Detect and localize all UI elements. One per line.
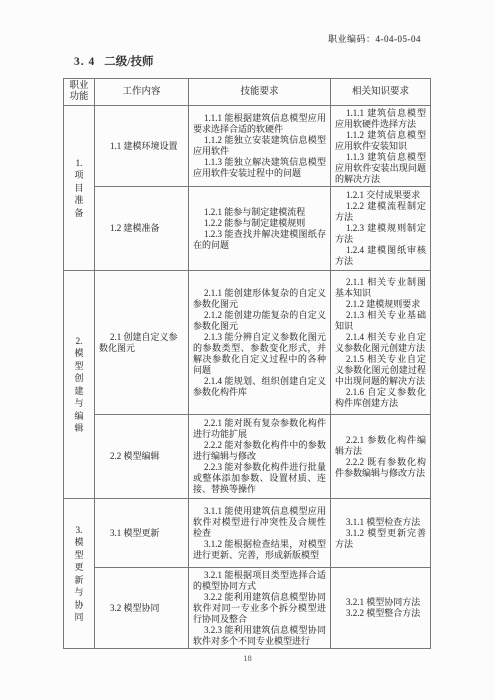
skill-item: 2.2.2 能对参数化构件中的参数进行编辑与修改 bbox=[193, 440, 326, 462]
knowledge-cell: 2.1.1 相关专业制图基本知识 2.1.2 建模规则要求 2.1.3 相关专业… bbox=[331, 271, 431, 415]
skill-item: 2.1.3 能分辨自定义参数化图元的参数类型、参数变化形式，并解决参数化自定义过… bbox=[193, 332, 326, 376]
skills-cell: 2.1.1 能创建形体复杂的自定义参数化图元 2.1.2 能创建功能复杂的自定义… bbox=[189, 271, 331, 415]
table-row: 2.模型创建与编辑 2.1 创建自定义参数化图元 2.1.1 能创建形体复杂的自… bbox=[64, 271, 431, 415]
skill-item: 1.2.2 能参与制定建模规则 bbox=[193, 218, 326, 229]
knowledge-item: 1.2.4 建模图纸审核方法 bbox=[335, 245, 426, 267]
skills-cell: 3.1.1 能使用建筑信息模型应用软件对模型进行冲突性及合规性检查 3.1.2 … bbox=[189, 499, 331, 568]
document-page: 职业编码：4-04-05-04 3. 4二级/技师 职业功能 工作内容 技能要求… bbox=[0, 0, 495, 700]
occupation-code: 职业编码：4-04-05-04 bbox=[328, 32, 421, 45]
function-label: 2.模型创建与编辑 bbox=[73, 335, 85, 435]
knowledge-item: 1.2.1 交付成果要求 bbox=[335, 190, 426, 201]
skills-cell: 3.2.1 能根据项目类型选择合适的模型协同方式 3.2.2 能利用建筑信息模型… bbox=[189, 568, 331, 649]
table-row: 2.2 模型编辑 2.2.1 能对既有复杂参数化构件进行功能扩展 2.2.2 能… bbox=[64, 415, 431, 499]
skill-item: 1.1.1 能根据建筑信息模型应用要求选择合适的软硬件 bbox=[193, 113, 326, 135]
header-occupation-function: 职业功能 bbox=[64, 79, 95, 106]
knowledge-item: 2.1.6 自定义参数化构件库创建方法 bbox=[335, 387, 426, 409]
work-content-cell: 3.1 模型更新 bbox=[95, 499, 189, 568]
knowledge-item: 1.1.1 建筑信息模型应用软硬件选择方法 bbox=[335, 108, 426, 130]
knowledge-item: 1.2.3 建模规则制定方法 bbox=[335, 223, 426, 245]
page-number: 18 bbox=[0, 653, 495, 663]
skill-item: 3.1.2 能根据检查结果，对模型进行更新、完善，形成新版模型 bbox=[193, 539, 326, 561]
knowledge-item: 1.2.2 建模流程制定方法 bbox=[335, 201, 426, 223]
work-content-cell: 2.2 模型编辑 bbox=[95, 415, 189, 499]
knowledge-item: 2.2.1 参数化构件编辑方法 bbox=[335, 435, 426, 457]
skill-item: 3.2.3 能利用建筑信息模型协同软件对多个不同专业模型进行 bbox=[193, 625, 326, 647]
header-work-content: 工作内容 bbox=[95, 79, 189, 106]
skill-item: 3.2.2 能利用建筑信息模型协同软件对同一专业多个拆分模型进行协同及整合 bbox=[193, 592, 326, 625]
function-label: 1.项目准备 bbox=[73, 157, 85, 220]
knowledge-item: 2.1.1 相关专业制图基本知识 bbox=[335, 277, 426, 299]
work-item: 3.1 模型更新 bbox=[99, 528, 184, 539]
knowledge-cell: 2.2.1 参数化构件编辑方法 2.2.2 既有参数化构件参数编辑与修改方法 bbox=[331, 415, 431, 499]
knowledge-item: 2.2.2 既有参数化构件参数编辑与修改方法 bbox=[335, 457, 426, 479]
table-row: 3.2 模型协同 3.2.1 能根据项目类型选择合适的模型协同方式 3.2.2 … bbox=[64, 568, 431, 649]
skill-item: 2.1.1 能创建形体复杂的自定义参数化图元 bbox=[193, 288, 326, 310]
function-label: 3.模型更新与协同 bbox=[73, 524, 85, 624]
skill-item: 2.1.2 能创建功能复杂的自定义参数化图元 bbox=[193, 310, 326, 332]
work-item: 3.2 模型协同 bbox=[99, 603, 184, 614]
section-title-text: 二级/技师 bbox=[104, 56, 153, 68]
header-knowledge-requirements: 相关知识要求 bbox=[331, 79, 431, 106]
knowledge-item: 3.2.1 模型协同方法 bbox=[335, 597, 426, 608]
table-row: 3.模型更新与协同 3.1 模型更新 3.1.1 能使用建筑信息模型应用软件对模… bbox=[64, 499, 431, 568]
knowledge-cell: 1.2.1 交付成果要求 1.2.2 建模流程制定方法 1.2.3 建模规则制定… bbox=[331, 187, 431, 271]
skill-requirements-table: 职业功能 工作内容 技能要求 相关知识要求 1.项目准备 1.1 建模环境设置 … bbox=[63, 78, 431, 649]
function-cell-1: 1.项目准备 bbox=[64, 106, 95, 271]
work-content-cell: 1.2 建模准备 bbox=[95, 187, 189, 271]
knowledge-item: 2.1.2 建模规则要求 bbox=[335, 299, 426, 310]
knowledge-item: 2.1.5 相关专业自定义参数化图元创建过程中出现问题的解决方法 bbox=[335, 354, 426, 387]
knowledge-item: 3.1.1 模型检查方法 bbox=[335, 517, 426, 528]
work-item: 2.2 模型编辑 bbox=[99, 451, 184, 462]
section-title: 3. 4二级/技师 bbox=[74, 53, 153, 69]
knowledge-item: 3.2.2 模型整合方法 bbox=[335, 608, 426, 619]
knowledge-item: 2.1.3 相关专业基础知识 bbox=[335, 310, 426, 332]
work-item: 1.1 建模环境设置 bbox=[99, 141, 184, 152]
skill-item: 3.1.1 能使用建筑信息模型应用软件对模型进行冲突性及合规性检查 bbox=[193, 506, 326, 539]
table-header-row: 职业功能 工作内容 技能要求 相关知识要求 bbox=[64, 79, 431, 106]
skill-item: 2.2.1 能对既有复杂参数化构件进行功能扩展 bbox=[193, 418, 326, 440]
section-number: 3. 4 bbox=[74, 56, 95, 68]
skill-item: 2.2.3 能对参数化构件进行批量或整体添加参数、设置材质、连接、替换等操作 bbox=[193, 462, 326, 495]
knowledge-cell: 3.1.1 模型检查方法 3.1.2 模型更新完善方法 bbox=[331, 499, 431, 568]
function-cell-3: 3.模型更新与协同 bbox=[64, 499, 95, 649]
work-content-cell: 1.1 建模环境设置 bbox=[95, 106, 189, 187]
work-item: 2.1 创建自定义参数化图元 bbox=[99, 332, 184, 354]
skills-cell: 2.2.1 能对既有复杂参数化构件进行功能扩展 2.2.2 能对参数化构件中的参… bbox=[189, 415, 331, 499]
skill-item: 2.1.4 能规划、组织创建自定义参数化构件库 bbox=[193, 376, 326, 398]
table-row: 1.项目准备 1.1 建模环境设置 1.1.1 能根据建筑信息模型应用要求选择合… bbox=[64, 106, 431, 187]
knowledge-item: 2.1.4 相关专业自定义参数化图元创建方法 bbox=[335, 332, 426, 354]
knowledge-item: 1.1.3 建筑信息模型应用软件安装出现问题的解决方法 bbox=[335, 152, 426, 185]
knowledge-item: 1.1.2 建筑信息模型应用软件安装知识 bbox=[335, 130, 426, 152]
knowledge-cell: 3.2.1 模型协同方法 3.2.2 模型整合方法 bbox=[331, 568, 431, 649]
work-item: 1.2 建模准备 bbox=[99, 223, 184, 234]
skills-cell: 1.2.1 能参与制定建模流程 1.2.2 能参与制定建模规则 1.2.3 能查… bbox=[189, 187, 331, 271]
table-row: 1.2 建模准备 1.2.1 能参与制定建模流程 1.2.2 能参与制定建模规则… bbox=[64, 187, 431, 271]
skills-cell: 1.1.1 能根据建筑信息模型应用要求选择合适的软硬件 1.1.2 能独立安装建… bbox=[189, 106, 331, 187]
function-cell-2: 2.模型创建与编辑 bbox=[64, 271, 95, 499]
knowledge-item: 3.1.2 模型更新完善方法 bbox=[335, 528, 426, 550]
knowledge-cell: 1.1.1 建筑信息模型应用软硬件选择方法 1.1.2 建筑信息模型应用软件安装… bbox=[331, 106, 431, 187]
header-skill-requirements: 技能要求 bbox=[189, 79, 331, 106]
work-content-cell: 3.2 模型协同 bbox=[95, 568, 189, 649]
skill-item: 1.2.1 能参与制定建模流程 bbox=[193, 207, 326, 218]
skill-item: 1.1.2 能独立安装建筑信息模型应用软件 bbox=[193, 135, 326, 157]
skill-item: 1.1.3 能独立解决建筑信息模型应用软件安装过程中的问题 bbox=[193, 157, 326, 179]
skill-item: 1.2.3 能查找并解决建模图纸存在的问题 bbox=[193, 229, 326, 251]
work-content-cell: 2.1 创建自定义参数化图元 bbox=[95, 271, 189, 415]
skill-item: 3.2.1 能根据项目类型选择合适的模型协同方式 bbox=[193, 570, 326, 592]
